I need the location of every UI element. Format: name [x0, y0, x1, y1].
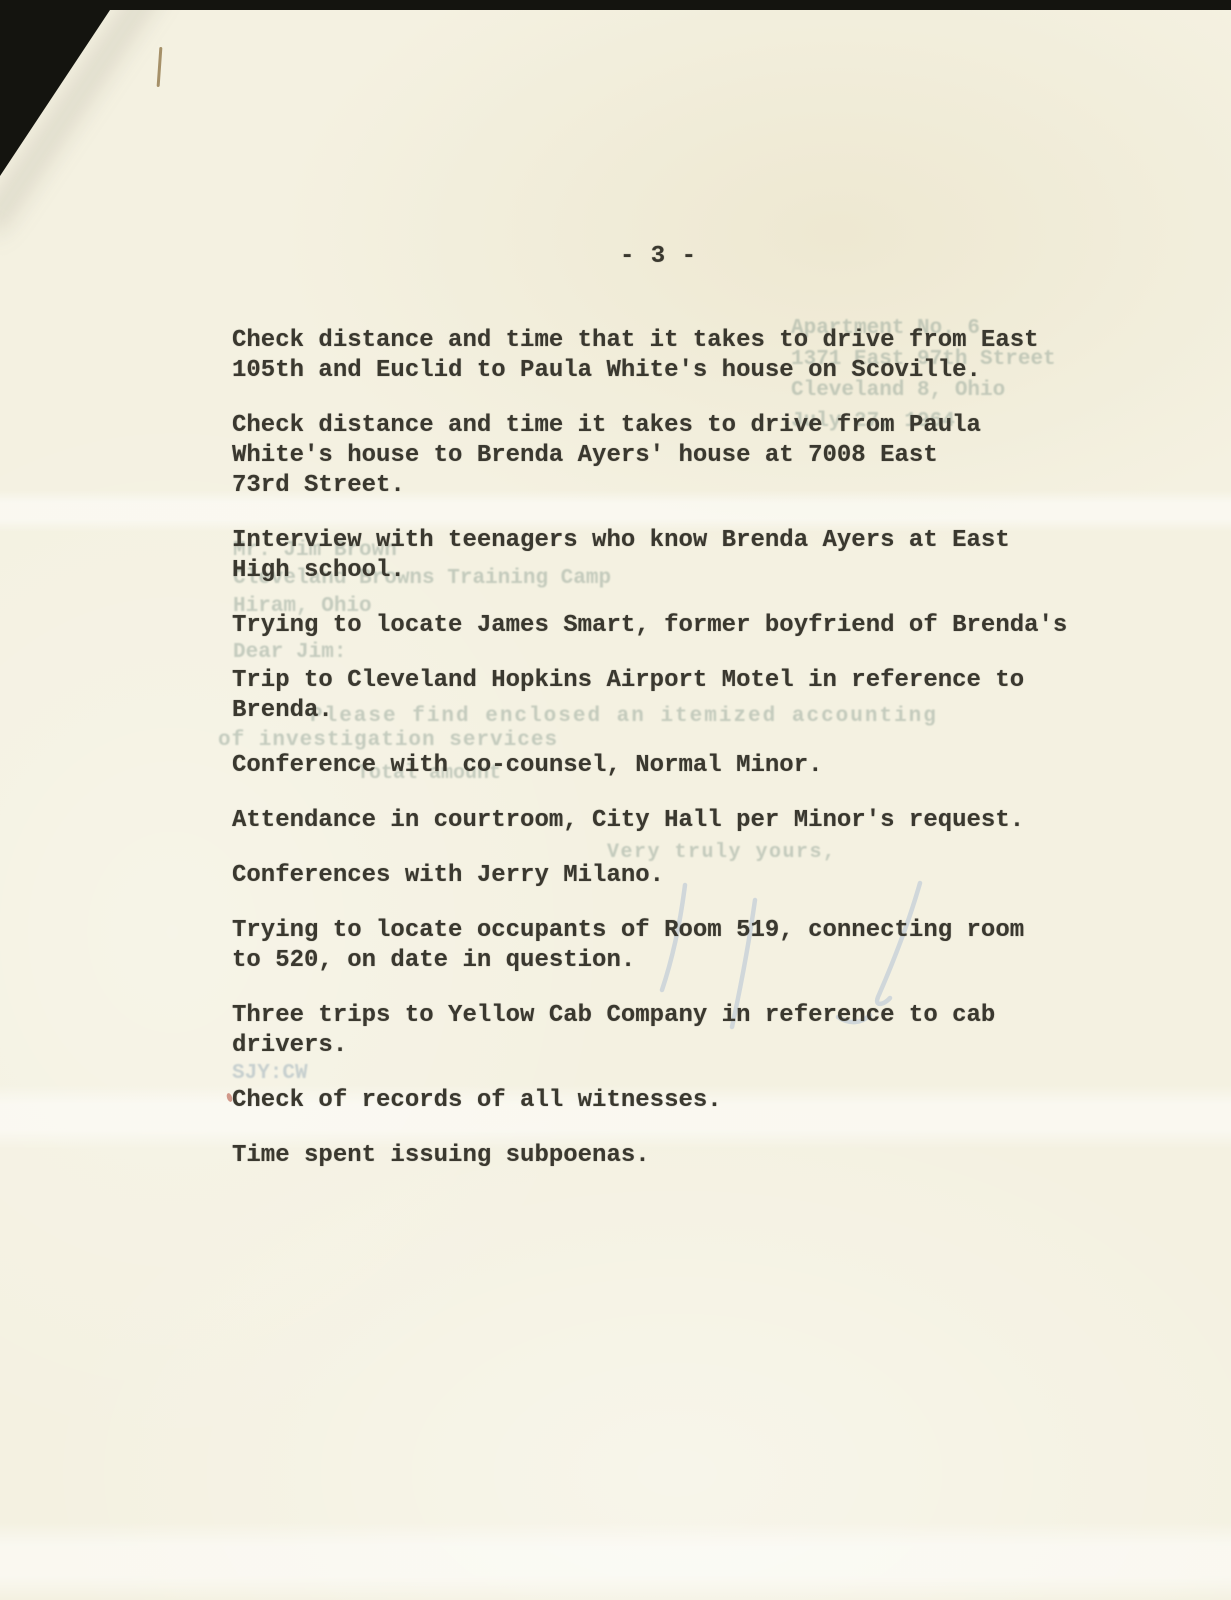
paragraph: Check distance and time that it takes to…	[232, 326, 1132, 386]
document-page: Apartment No. 6 1371 East 97th Street Cl…	[0, 10, 1231, 1600]
paragraph: Time spent issuing subpoenas.	[232, 1141, 1132, 1171]
paragraph: Interview with teenagers who know Brenda…	[232, 526, 1132, 586]
paragraph: Trying to locate James Smart, former boy…	[232, 611, 1132, 641]
paragraph: Check of records of all witnesses.	[232, 1086, 1132, 1116]
paragraph: Three trips to Yellow Cab Company in ref…	[232, 1001, 1132, 1061]
document-paragraphs: Check distance and time that it takes to…	[232, 326, 1132, 1196]
page-number: - 3 -	[620, 243, 697, 270]
corner-fold-shadow	[0, 0, 168, 236]
paragraph: Attendance in courtroom, City Hall per M…	[232, 806, 1132, 836]
scan-light-band-bottom	[0, 1522, 1231, 1600]
paragraph: Trip to Cleveland Hopkins Airport Motel …	[232, 666, 1132, 726]
fiber-mark	[157, 47, 163, 87]
scanned-document: Apartment No. 6 1371 East 97th Street Cl…	[0, 0, 1231, 1600]
paragraph: Check distance and time it takes to driv…	[232, 411, 1132, 501]
paragraph: Trying to locate occupants of Room 519, …	[232, 916, 1132, 976]
paragraph: Conference with co-counsel, Normal Minor…	[232, 751, 1132, 781]
paragraph: Conferences with Jerry Milano.	[232, 861, 1132, 891]
